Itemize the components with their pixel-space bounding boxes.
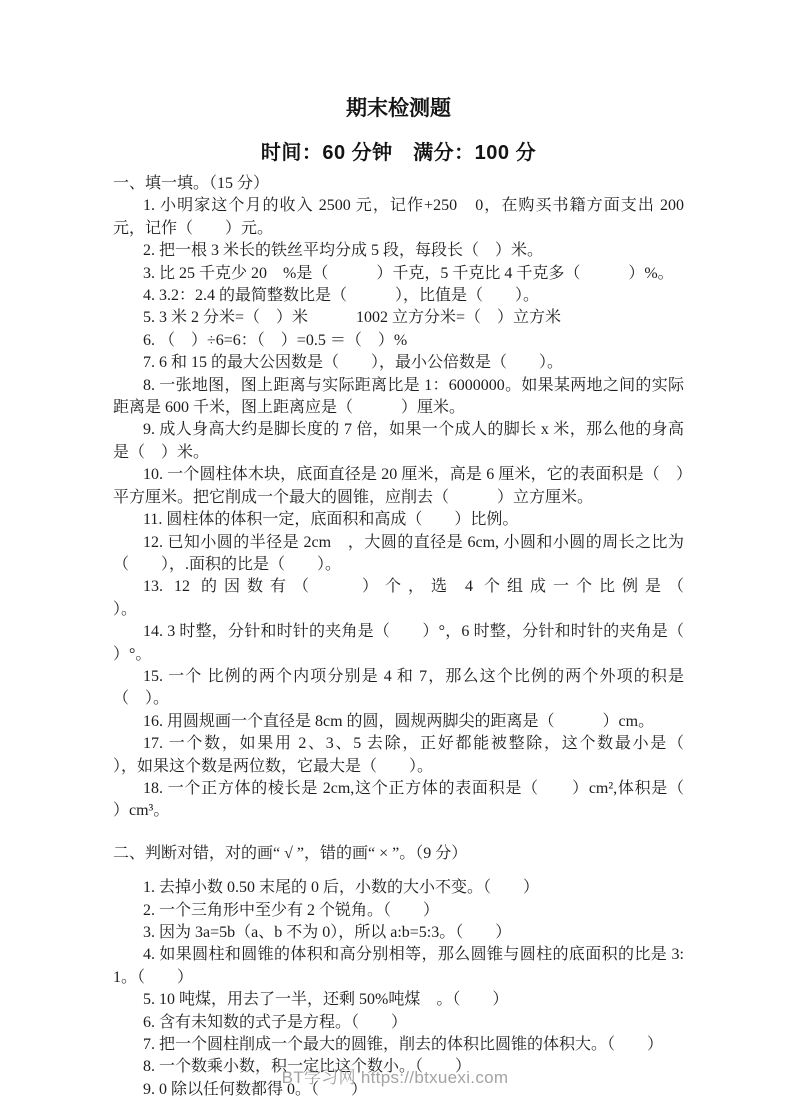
section-2-heading: 二、判断对错，对的画“ √ ”，错的画“ × ”。（9 分） bbox=[113, 843, 684, 865]
question-item: 3. 比 25 千克少 20 %是（ ）千克，5 千克比 4 千克多（ ）%。 bbox=[113, 263, 684, 285]
question-item: 6. （ ）÷6=6：（ ）=0.5 ＝（ ）% bbox=[113, 330, 684, 352]
question-item: 13. 12 的因数有（ ）个，选 4 个组成一个比例是（ ）。 bbox=[113, 576, 684, 621]
question-item: 10. 一个圆柱体木块，底面直径是 20 厘米，高是 6 厘米，它的表面积是（ … bbox=[113, 464, 684, 509]
question-item: 16. 用圆规画一个直径是 8cm 的圆，圆规两脚尖的距离是（ ）cm。 bbox=[113, 711, 684, 733]
section-1-heading: 一、填一填。（15 分） bbox=[113, 173, 684, 195]
question-item: 4. 3.2：2.4 的最简整数比是（ ），比值是（ ）。 bbox=[113, 285, 684, 307]
question-item: 2. 一个三角形中至少有 2 个锐角。（ ） bbox=[113, 900, 684, 922]
question-item: 8. 一张地图，图上距离与实际距离比是 1：6000000。如果某两地之间的实际… bbox=[113, 375, 684, 420]
exam-paper: 期末检测题 时间：60 分钟 满分：100 分 一、填一填。（15 分） 1. … bbox=[0, 0, 790, 1118]
question-item: 1. 小明家这个月的收入 2500 元，记作+250 0，在购买书籍方面支出 2… bbox=[113, 195, 684, 240]
question-item: 5. 3 米 2 分米=（ ）米 1002 立方分米=（ ）立方米 bbox=[113, 307, 684, 329]
question-item: 7. 6 和 15 的最大公因数是（ ），最小公倍数是（ ）。 bbox=[113, 352, 684, 374]
question-item: 5. 10 吨煤，用去了一半，还剩 50%吨煤 。（ ） bbox=[113, 989, 684, 1011]
question-item: 14. 3 时整，分针和时针的夹角是（ ）°，6 时整，分针和时针的夹角是（ ）… bbox=[113, 621, 684, 666]
question-item: 11. 圆柱体的体积一定，底面积和高成（ ）比例。 bbox=[113, 509, 684, 531]
question-item: 9. 成人身高大约是脚长度的 7 倍，如果一个成人的脚长 x 米，那么他的身高是… bbox=[113, 419, 684, 464]
exam-subtitle: 时间：60 分钟 满分：100 分 bbox=[113, 142, 684, 165]
question-item: 6. 含有未知数的式子是方程。（ ） bbox=[113, 1012, 684, 1034]
question-item: 15. 一个 比例的两个内项分别是 4 和 7，那么这个比例的两个外项的积是（ … bbox=[113, 666, 684, 711]
question-item: 4. 如果圆柱和圆锥的体积和高分别相等，那么圆锥与圆柱的底面积的比是 3:1。（… bbox=[113, 944, 684, 989]
question-item: 18. 一个正方体的棱长是 2cm,这个正方体的表面积是（ ）cm²,体积是（ … bbox=[113, 778, 684, 823]
site-watermark: BT学习网 https://btxuexi.com bbox=[0, 1063, 790, 1088]
question-item: 7. 把一个圆柱削成一个最大的圆锥，削去的体积比圆锥的体积大。（ ） bbox=[113, 1034, 684, 1056]
question-item: 3. 因为 3a=5b（a、b 不为 0），所以 a:b=5:3。（ ） bbox=[113, 922, 684, 944]
exam-title: 期末检测题 bbox=[113, 97, 684, 121]
exam-content: 期末检测题 时间：60 分钟 满分：100 分 一、填一填。（15 分） 1. … bbox=[0, 0, 790, 1101]
question-item: 12. 已知小圆的半径是 2cm ，大圆的直径是 6cm, 小圆和小圆的周长之比… bbox=[113, 532, 684, 577]
question-item: 1. 去掉小数 0.50 末尾的 0 后，小数的大小不变。（ ） bbox=[113, 877, 684, 899]
question-item: 2. 把一根 3 米长的铁丝平均分成 5 段，每段长（ ）米。 bbox=[113, 240, 684, 262]
question-item: 17. 一个数，如果用 2、3、5 去除，正好都能被整除，这个数最小是（ ），如… bbox=[113, 733, 684, 778]
